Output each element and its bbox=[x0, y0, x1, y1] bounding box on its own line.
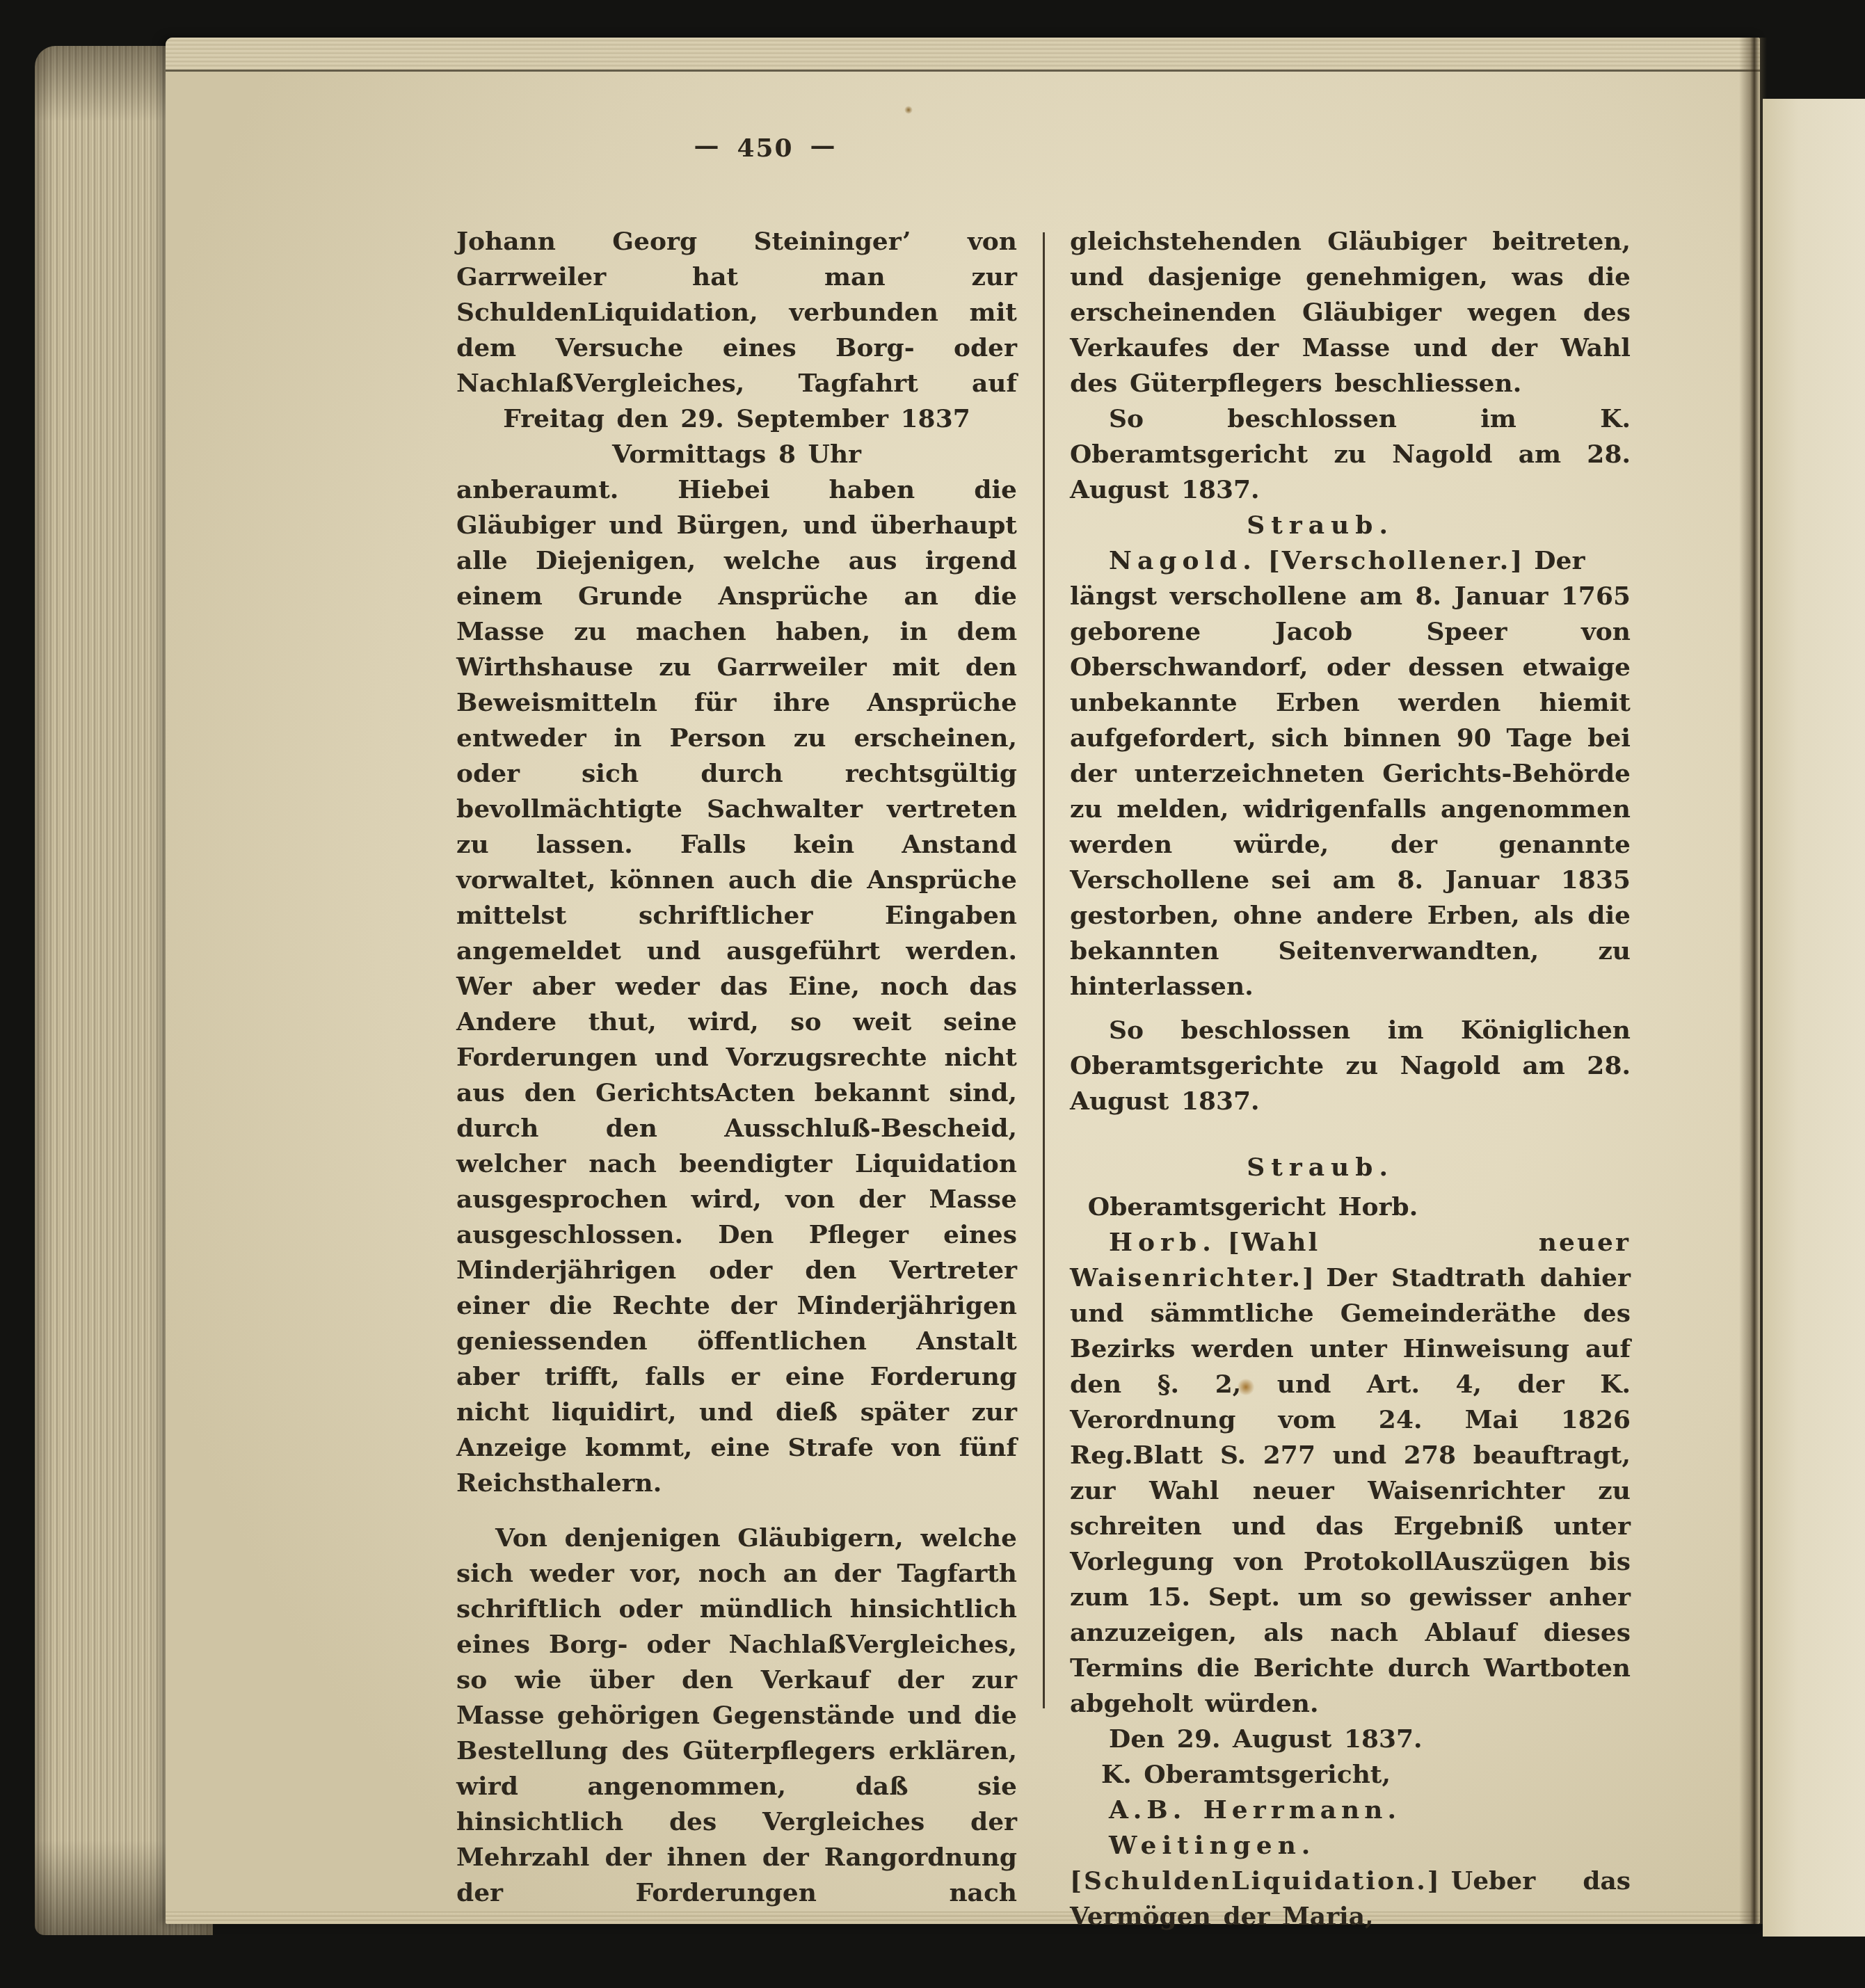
foxing-spot bbox=[904, 106, 913, 114]
hearing-time-line: Vormittags 8 Uhr bbox=[456, 437, 1017, 472]
paragraph-creditors-presumption: Von denjenigen Gläubigern, welche sich w… bbox=[456, 1521, 1017, 1911]
column-divider-rule bbox=[1043, 232, 1045, 1708]
folio-dash-left: — bbox=[694, 131, 720, 160]
notice-headword-nagold: Nagold. bbox=[1109, 546, 1257, 575]
court-line-horb: K. Oberamtsgericht, bbox=[1070, 1757, 1631, 1793]
date-line-horb: Den 29. August 1837. bbox=[1070, 1722, 1631, 1757]
notice-weitingen-schuldenliquidation: Weitingen.[SchuldenLiquidation.]Ueber da… bbox=[1070, 1828, 1631, 1934]
paragraph-creditors-continuation: gleichstehenden Gläubiger beitreten, und… bbox=[1070, 224, 1631, 401]
adjacent-page-edge bbox=[1763, 99, 1865, 1937]
signature-herrmann: A.B. Herrmann. bbox=[1070, 1793, 1631, 1828]
foxing-spot bbox=[1237, 1379, 1255, 1395]
text-column-left: Johann Georg Steininger’ von Garrweiler … bbox=[456, 224, 1017, 1911]
paragraph-steininger-intro: Johann Georg Steininger’ von Garrweiler … bbox=[456, 224, 1017, 401]
foxing-spot bbox=[1155, 623, 1166, 633]
hearing-date-line: Freitag den 29. September 1837 bbox=[456, 401, 1017, 437]
paragraph-decree-nagold-2: So beschlossen im Königlichen Oberamtsge… bbox=[1070, 1013, 1631, 1119]
folio-dash-right: — bbox=[810, 131, 837, 160]
page-top-edge bbox=[166, 38, 1760, 72]
notice-headword-weitingen: Weitingen. bbox=[1109, 1831, 1315, 1860]
notice-headword-horb: Horb. bbox=[1109, 1228, 1217, 1257]
paragraph-liquidation-terms: anberaumt. Hiebei haben die Gläubiger un… bbox=[456, 472, 1017, 1501]
notice-body-horb: Der Stadtrath dahier und sämmtliche Geme… bbox=[1070, 1263, 1631, 1718]
notice-nagold-verschollener: Nagold.[Verschollener.]Der längst versch… bbox=[1070, 543, 1631, 1004]
signature-straub-1: Straub. bbox=[1070, 508, 1631, 543]
notice-tag-schuldenliquidation: [SchuldenLiquidation.] bbox=[1070, 1866, 1441, 1895]
page-number: —450— bbox=[646, 134, 885, 163]
paragraph-decree-nagold-1: So beschlossen im K. Oberamtsgericht zu … bbox=[1070, 401, 1631, 508]
text-column-right: gleichstehenden Gläubiger beitreten, und… bbox=[1070, 224, 1631, 1934]
section-heading-oberamtsgericht-horb: Oberamtsgericht Horb. bbox=[1070, 1189, 1631, 1225]
notice-body-nagold: Der längst verschollene am 8. Januar 176… bbox=[1070, 546, 1631, 1001]
book-scan-photo: —450— Johann Georg Steininger’ von Garrw… bbox=[0, 0, 1865, 1988]
notice-horb-waisenrichter: Horb.[Wahl neuer Waisenrichter.]Der Stad… bbox=[1070, 1225, 1631, 1722]
signature-straub-2: Straub. bbox=[1070, 1150, 1631, 1185]
folio-number: 450 bbox=[737, 134, 793, 163]
notice-tag-verschollener: [Verschollener.] bbox=[1268, 546, 1524, 575]
